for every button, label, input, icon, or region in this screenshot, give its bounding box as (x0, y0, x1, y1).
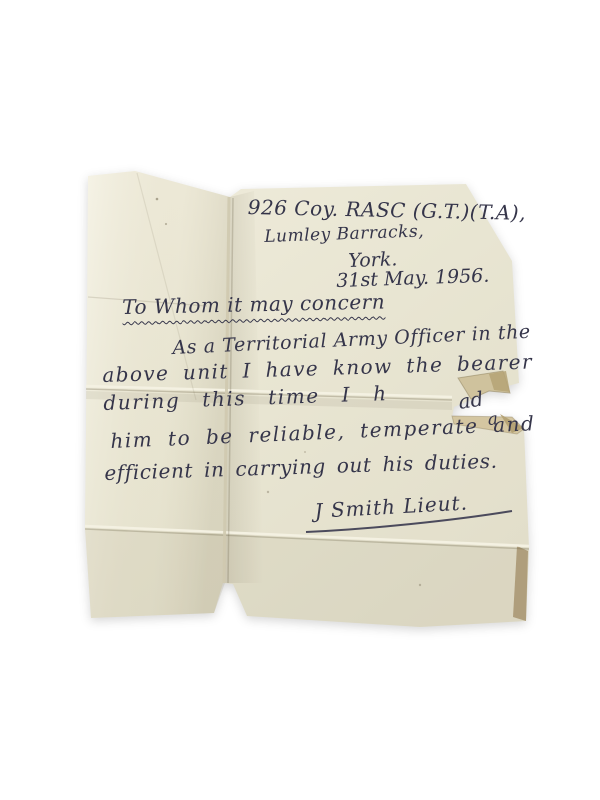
letter-paper (0, 0, 600, 800)
paper-speck (419, 584, 421, 586)
letter-photo: 926 Coy. RASC (G.T.)(T.A), Lumley Barrac… (0, 0, 600, 800)
paper-speck (156, 198, 159, 201)
paper-speck (165, 223, 167, 225)
paper-speck (267, 491, 269, 493)
paper-speck (304, 451, 306, 453)
